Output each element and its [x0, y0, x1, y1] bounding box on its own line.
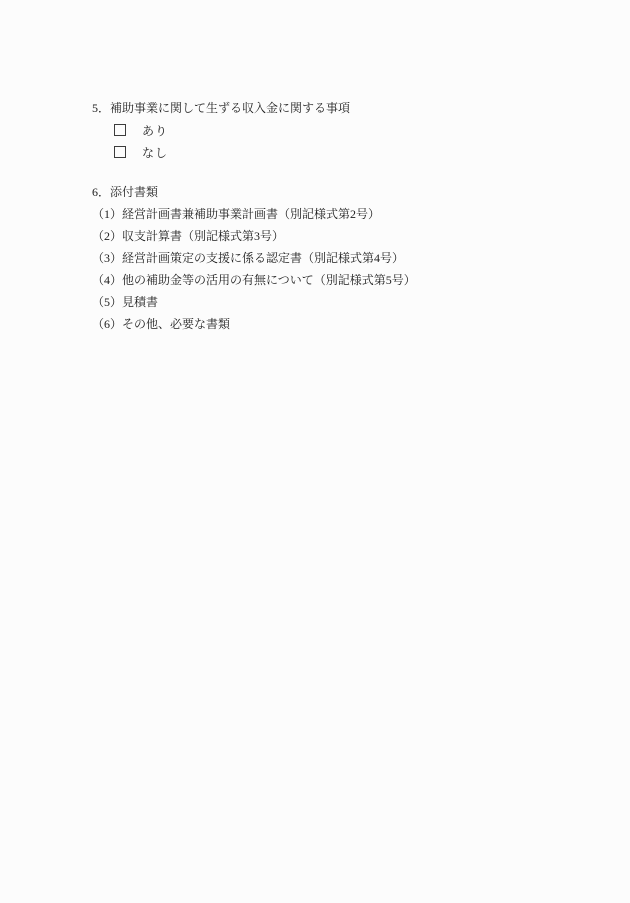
section5-heading: 5．補助事業に関して生ずる収入金に関する事項	[92, 97, 600, 119]
attachment-item-4: （4）他の補助金等の活用の有無について（別記様式第5号）	[92, 269, 600, 291]
option-row-ari: あり	[92, 119, 600, 141]
attachment-item-1: （1）経営計画書兼補助事業計画書（別記様式第2号）	[92, 203, 600, 225]
section-attachments: 6．添付書類 （1）経営計画書兼補助事業計画書（別記様式第2号） （2）収支計算…	[92, 181, 600, 335]
document-content: 5．補助事業に関して生ずる収入金に関する事項 あり なし 6．添付書類 （1）経…	[0, 0, 630, 335]
option-row-nashi: なし	[92, 141, 600, 163]
option-nashi-label: なし	[142, 144, 168, 161]
attachment-item-2: （2）収支計算書（別記様式第3号）	[92, 225, 600, 247]
attachment-item-5: （5）見積書	[92, 291, 600, 313]
section-income: 5．補助事業に関して生ずる収入金に関する事項 あり なし	[92, 97, 600, 163]
option-ari-label: あり	[142, 122, 168, 139]
attachment-item-6: （6）その他、必要な書類	[92, 313, 600, 335]
checkbox-nashi-icon[interactable]	[114, 146, 126, 158]
document-page: 5．補助事業に関して生ずる収入金に関する事項 あり なし 6．添付書類 （1）経…	[0, 0, 630, 903]
attachment-item-3: （3）経営計画策定の支援に係る認定書（別記様式第4号）	[92, 247, 600, 269]
section6-heading: 6．添付書類	[92, 181, 600, 203]
checkbox-ari-icon[interactable]	[114, 124, 126, 136]
